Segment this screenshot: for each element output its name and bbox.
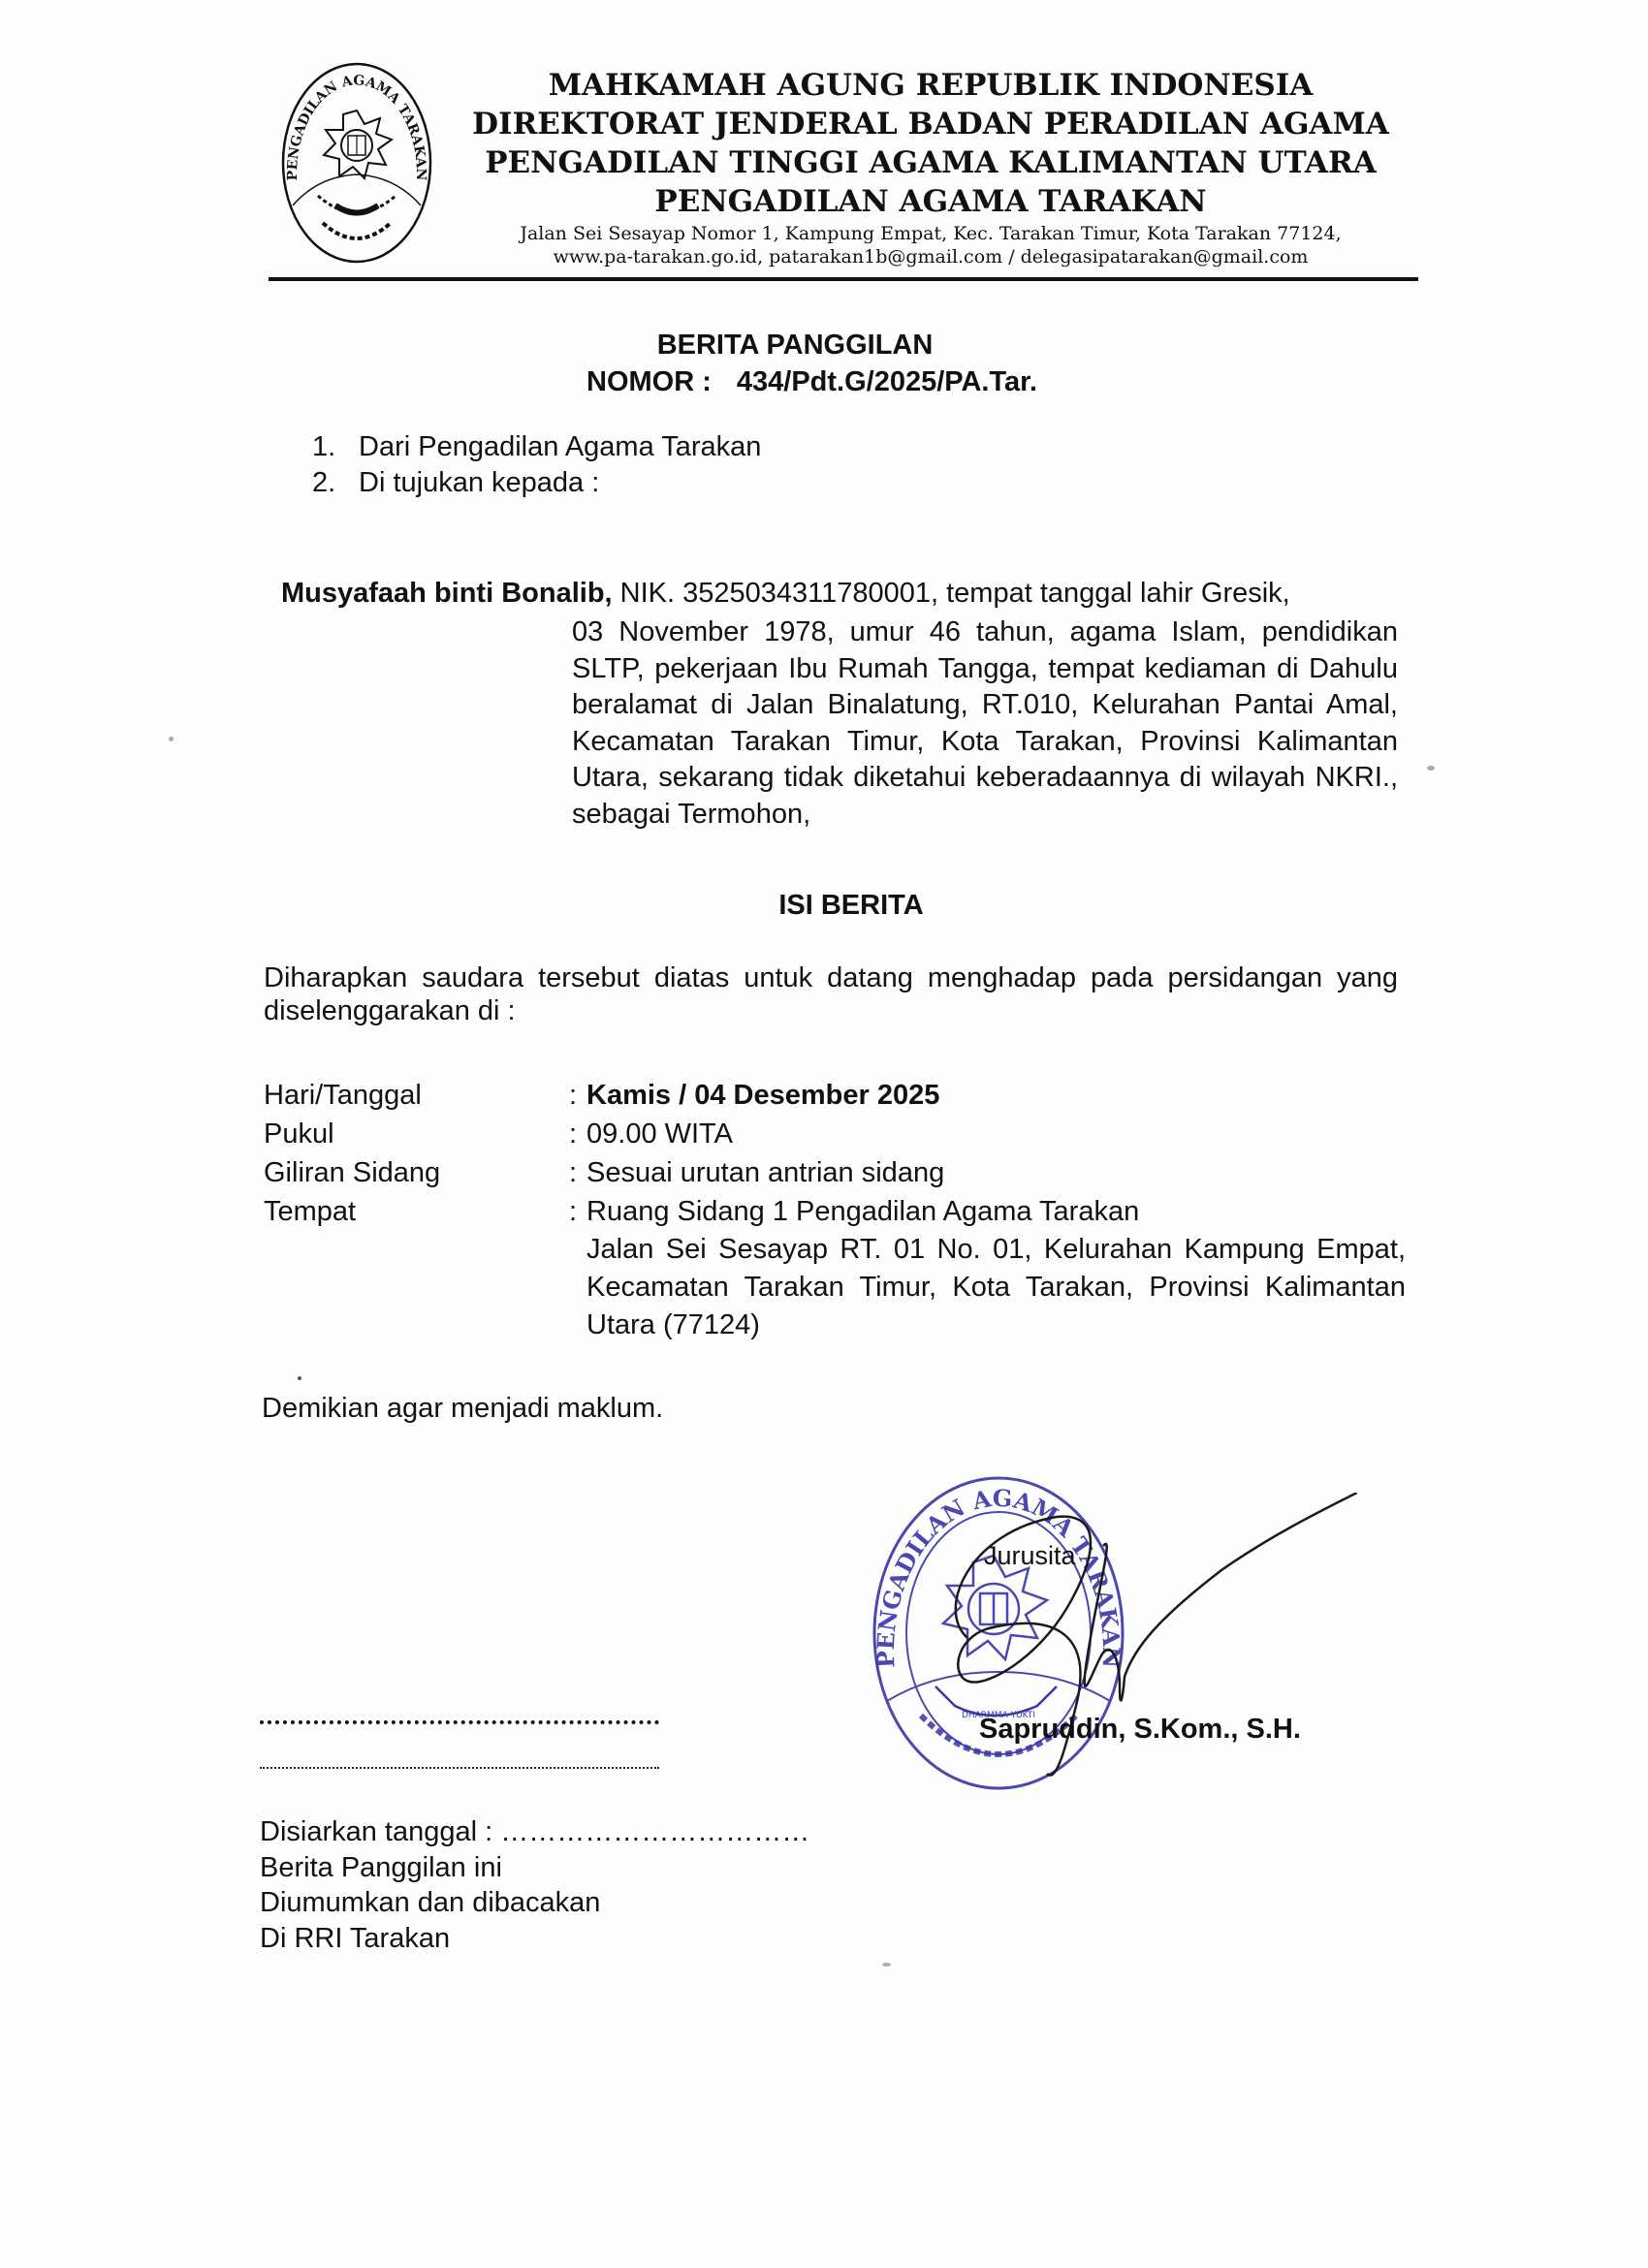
party-first-line: Musyafaah binti Bonalib, NIK. 3525034311…	[281, 578, 1290, 610]
party-details: 03 November 1978, umur 46 tahun, agama I…	[572, 614, 1398, 833]
letterhead-line-2: DIREKTORAT JENDERAL BADAN PERADILAN AGAM…	[456, 107, 1406, 142]
schedule-row-turn: Giliran Sidang : Sesuai urutan antrian s…	[264, 1153, 1408, 1192]
letterhead-line-4: PENGADILAN AGAMA TARAKAN	[456, 184, 1406, 219]
party-name: Musyafaah binti Bonalib,	[281, 578, 613, 609]
document-title: BERITA PANGGILAN	[0, 330, 1619, 362]
document-page: PENGADILAN AGAMA TARAKAN MAHKAMAH AGUNG …	[0, 0, 1648, 2268]
letterhead-line-3: PENGADILAN TINGGI AGAMA KALIMANTAN UTARA	[456, 145, 1406, 180]
signer-name: Sapruddin, S.Kom., S.H.	[979, 1714, 1301, 1746]
letterhead-contact: www.pa-tarakan.go.id, patarakan1b@gmail.…	[456, 246, 1406, 268]
document-number-value: 434/Pdt.G/2025/PA.Tar.	[737, 366, 1037, 397]
scan-speck	[882, 1963, 891, 1967]
letterhead-address: Jalan Sei Sesayap Nomor 1, Kampung Empat…	[456, 223, 1406, 244]
schedule-row-time: Pukul : 09.00 WITA	[264, 1115, 1408, 1153]
schedule-row-place: Tempat : Ruang Sidang 1 Pengadilan Agama…	[264, 1192, 1408, 1231]
list-item: 2.Di tujukan kepada :	[312, 467, 599, 499]
letterhead-line-1: MAHKAMAH AGUNG REPUBLIK INDONESIA	[456, 68, 1406, 103]
scan-speck	[1427, 766, 1435, 771]
document-number: NOMOR :434/Pdt.G/2025/PA.Tar.	[586, 366, 1037, 398]
hearing-schedule: Hari/Tanggal : Kamis / 04 Desember 2025 …	[264, 1076, 1408, 1344]
list-item: 1.Dari Pengadilan Agama Tarakan	[312, 431, 761, 463]
scan-speck	[298, 1376, 301, 1380]
broadcast-notice: Disiarkan tanggal : …………………………… Berita P…	[260, 1814, 809, 1956]
closing-text: Demikian agar menjadi maklum.	[262, 1393, 663, 1425]
document-number-label: NOMOR :	[586, 366, 712, 397]
intro-paragraph: Diharapkan saudara tersebut diatas untuk…	[264, 961, 1398, 1027]
court-emblem-logo: PENGADILAN AGAMA TARAKAN	[279, 60, 434, 266]
letterhead-divider	[269, 277, 1418, 281]
venue-address: Jalan Sei Sesayap RT. 01 No. 01, Kelurah…	[586, 1231, 1406, 1344]
schedule-row-date: Hari/Tanggal : Kamis / 04 Desember 2025	[264, 1076, 1408, 1115]
broadcast-date: Disiarkan tanggal : ……………………………	[260, 1814, 809, 1850]
blank-line	[260, 1767, 659, 1771]
section-title: ISI BERITA	[27, 890, 1648, 922]
blank-line	[260, 1720, 659, 1728]
scan-speck	[169, 737, 174, 741]
